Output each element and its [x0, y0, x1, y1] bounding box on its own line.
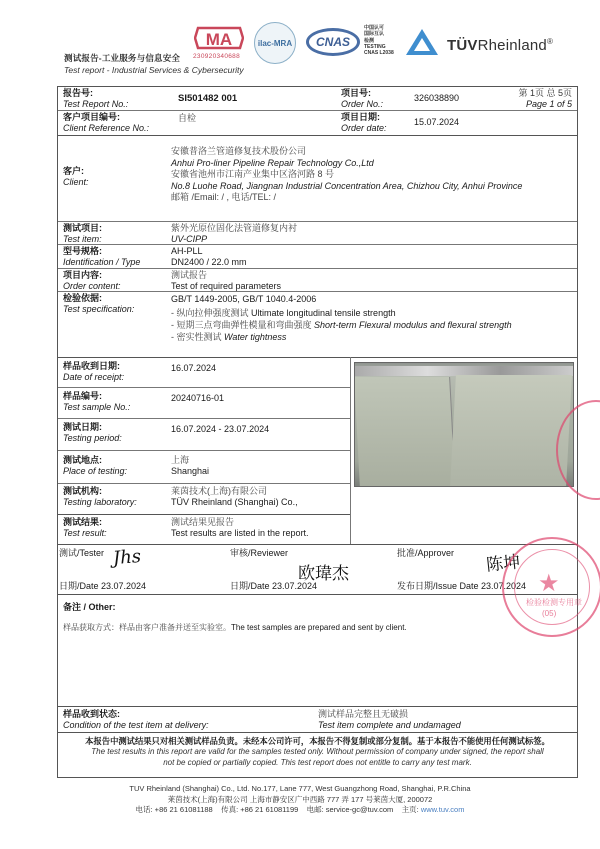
signature-row: 测试/Tester Jhs 日期/Date 23.07.2024 审核/Revi… [58, 544, 577, 594]
test-spec-row: 检验依据: Test specification: GB/T 1449-2005… [58, 291, 577, 357]
order-no-label: 项目号: Order No.: [341, 88, 383, 110]
client-name-cn: 安徽普洛兰管道修复技术股份公司 [171, 146, 522, 158]
report-header: MA ilac-MRA CNAS 中国认可 国际互认 检测 TESTING CN… [0, 0, 600, 80]
place-value: 上海 Shanghai [171, 455, 209, 477]
ilac-mra-logo: ilac-MRA [254, 22, 296, 64]
footer-address-en: TUV Rheinland (Shanghai) Co., Ltd. No.17… [0, 784, 600, 795]
reviewer-date: 日期/Date 23.07.2024 [230, 581, 317, 592]
identification-row: 型号规格: Identification / Type AH-PLL DN240… [58, 244, 577, 268]
test-spec-label: 检验依据: Test specification: [63, 293, 134, 315]
page-indicator: 第 1页 总 5页 Page 1 of 5 [518, 88, 572, 110]
order-content-label: 项目内容: Order content: [63, 270, 121, 292]
client-ref-value: 自检 [178, 113, 196, 124]
sample-no-label: 样品编号: Test sample No.: [63, 391, 130, 413]
client-ref-label: 客户项目编号: Client Reference No.: [63, 112, 149, 134]
test-item-label: 测试项目: Test item: [63, 223, 102, 245]
disclaimer-row: 本报告中测试结果只对相关测试样品负责。未经本公司许可，本报告不得复制或部分复制。… [58, 732, 577, 778]
footer-contact: 电话: +86 21 61081188 传真: +86 21 61081199 … [0, 805, 600, 816]
result-row: 测试结果: Test result: 测试结果见报告 Test results … [58, 514, 350, 544]
client-label: 客户: Client: [63, 166, 89, 188]
tuv-regular: Rheinland [478, 37, 547, 54]
official-stamp: ★ 检验检测专用章 (05) [502, 537, 600, 637]
client-address-cn: 安徽省池州市江南产业集中区洛河路 8 号 [171, 169, 522, 181]
report-title-en: Test report - Industrial Services & Cybe… [64, 65, 244, 75]
stamp-purpose: 检验检测专用章 [526, 597, 582, 608]
client-row: 客户: Client: 安徽普洛兰管道修复技术股份公司 Anhui Pro-li… [58, 135, 577, 221]
footer-email[interactable]: 电邮: service-gc@tuv.com [307, 805, 394, 814]
result-value: 测试结果见报告 Test results are listed in the r… [171, 517, 309, 539]
footer-phone: 电话: +86 21 61081188 [136, 805, 213, 814]
other-row: 备注 / Other: 样品获取方式：样品由客户准备并送至实验室。The tes… [58, 594, 577, 706]
identification-label: 型号规格: Identification / Type [63, 246, 140, 268]
tuv-triangle-icon [405, 28, 439, 56]
report-no-label: 报告号: Test Report No.: [63, 88, 128, 110]
test-spec-item: - 密实性测试 Water tightness [171, 331, 512, 343]
stamp-number: (05) [542, 609, 556, 618]
test-standards: GB/T 1449-2005, GB/T 1040.4-2006 [171, 293, 512, 305]
order-content-row: 项目内容: Order content: 测试报告 Test of requir… [58, 268, 577, 291]
cma-logo: MA [194, 26, 244, 50]
place-label: 测试地点: Place of testing: [63, 455, 127, 477]
tuv-bold: TÜV [447, 37, 478, 54]
place-row: 测试地点: Place of testing: 上海 Shanghai [58, 450, 350, 482]
tester-date: 日期/Date 23.07.2024 [59, 581, 146, 592]
condition-label: 样品收到状态: Condition of the test item at de… [63, 709, 209, 731]
lab-value: 莱茵技术(上海)有限公司 TÜV Rheinland (Shanghai) Co… [171, 486, 298, 508]
lab-row: 测试机构: Testing laboratory: 莱茵技术(上海)有限公司 T… [58, 483, 350, 513]
tester-signature: Jhs [112, 546, 141, 569]
tester-label: 测试/Tester [59, 548, 104, 559]
cnas-logo: CNAS [306, 28, 360, 56]
footer-fax: 传真: +86 21 61081199 [221, 805, 298, 814]
cnas-line: CNAS L2038 [364, 50, 394, 56]
order-date-value: 15.07.2024 [414, 117, 459, 128]
registered-mark: ® [547, 37, 553, 46]
client-name-en: Anhui Pro-liner Pipeline Repair Technolo… [171, 158, 522, 170]
test-item-value: 紫外光原位固化法管道修复内衬 UV-CIPP [171, 223, 297, 245]
client-address-en: No.8 Luohe Road, Jiangnan Industrial Con… [171, 181, 522, 193]
order-content-value: 测试报告 Test of required parameters [171, 270, 281, 292]
testing-period-row: 测试日期: Testing period: 16.07.2024 - 23.07… [58, 418, 350, 450]
footer-homepage-label: 主页: [402, 805, 419, 814]
test-item-row: 测试项目: Test item: 紫外光原位固化法管道修复内衬 UV-CIPP [58, 221, 577, 244]
column-divider [350, 357, 351, 544]
client-details: 安徽普洛兰管道修复技术股份公司 Anhui Pro-liner Pipeline… [171, 146, 522, 204]
other-text: 样品获取方式：样品由客户准备并送至实验室。The test samples ar… [63, 622, 407, 633]
footer: TUV Rheinland (Shanghai) Co., Ltd. No.17… [0, 784, 600, 816]
test-spec-item: - 纵向拉伸强度测试 Ultimate longitudinal tensile… [171, 307, 512, 319]
other-label: 备注 / Other: [63, 602, 116, 613]
ilac-text: ilac-MRA [258, 39, 292, 48]
reviewer-label: 审核/Reviewer [230, 548, 288, 559]
cnas-text: CNAS [316, 35, 350, 49]
order-no-value: 326038890 [414, 93, 459, 104]
client-contact: 邮箱 /Email: / , 电话/TEL: / [171, 192, 522, 204]
sample-no-value: 20240716-01 [171, 393, 224, 404]
disclaimer-cn: 本报告中测试结果只对相关测试样品负责。未经本公司许可，本报告不得复制或部分复制。… [58, 736, 577, 747]
approver-label: 批准/Approver [397, 548, 454, 559]
condition-value: 测试样品完整且无破损 Test item complete and undama… [318, 709, 461, 731]
identification-value: AH-PLL DN2400 / 22.0 mm [171, 246, 247, 268]
testing-period-label: 测试日期: Testing period: [63, 422, 122, 444]
sample-no-row: 样品编号: Test sample No.: 20240716-01 [58, 387, 350, 418]
report-no-value: SI501482 001 [178, 93, 237, 104]
disclaimer-en: The test results in this report are vali… [88, 747, 547, 768]
footer-homepage-link[interactable]: www.tuv.com [421, 805, 465, 814]
result-label: 测试结果: Test result: [63, 517, 107, 539]
testing-period-value: 16.07.2024 - 23.07.2024 [171, 424, 269, 435]
report-table: 报告号: Test Report No.: SI501482 001 项目号: … [57, 86, 578, 778]
receipt-date-value: 16.07.2024 [171, 363, 216, 374]
order-date-label: 项目日期: Order date: [341, 112, 387, 134]
cnas-accreditation-text: 中国认可 国际互认 检测 TESTING CNAS L2038 [364, 25, 394, 56]
footer-address-cn: 莱茵技术(上海)有限公司 上海市静安区广中西路 777 弄 177 号莱茵大厦,… [0, 795, 600, 806]
receipt-date-label: 样品收到日期: Date of receipt: [63, 361, 124, 383]
report-no-row: 报告号: Test Report No.: SI501482 001 项目号: … [58, 87, 577, 110]
condition-row: 样品收到状态: Condition of the test item at de… [58, 706, 577, 732]
sample-photo [354, 362, 574, 487]
lab-label: 测试机构: Testing laboratory: [63, 486, 137, 508]
tuv-rheinland-logo: TÜVRheinland® [447, 37, 553, 54]
test-spec-value: GB/T 1449-2005, GB/T 1040.4-2006 - 纵向拉伸强… [171, 293, 512, 343]
client-ref-row: 客户项目编号: Client Reference No.: 自检 项目日期: O… [58, 110, 577, 134]
cma-number: 230920340688 [193, 53, 240, 60]
report-title-cn: 测试报告-工业服务与信息安全 [64, 52, 180, 64]
test-spec-item: - 短期三点弯曲弹性模量和弯曲强度 Short-term Flexural mo… [171, 319, 512, 331]
svg-text:MA: MA [206, 30, 232, 49]
